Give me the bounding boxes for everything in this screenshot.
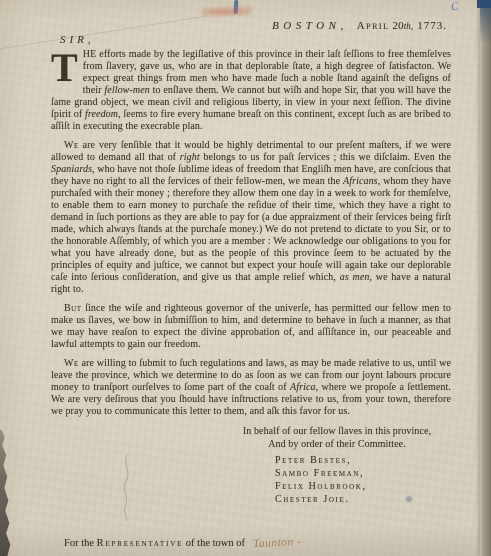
closing-line: And by order of their Committee. [223,438,451,451]
dateline: BOSTON,April20th,1773. [51,20,451,32]
scanned-letter-page: C BOSTON,April20th,1773. SIR, THE effort… [0,0,491,556]
pencil-c-mark: C [450,0,459,13]
closing-line: In behalf of our fellow ſlaves in this p… [223,425,451,438]
torn-edge-left [0,430,12,556]
dateline-day-suffix: th, [404,21,414,31]
handwritten-town-name: Taunton - [253,536,302,551]
closing-block: In behalf of our fellow ſlaves in this p… [223,425,451,451]
address-line: For the Representative of the town ofTau… [64,537,301,549]
blue-corner-mark [477,0,491,8]
signature: Chester Joie. [275,493,451,506]
address-line-post: of the town of [183,538,245,549]
dateline-month: April [357,20,390,32]
dateline-day: 20 [392,20,403,32]
signature-list: Peter Bestes, Sambo Freeman, Felix Holbr… [275,454,451,506]
salutation: SIR, [60,34,451,46]
address-line-pre: For the [64,538,97,549]
signature: Peter Bestes, [275,454,451,467]
paragraph-4: We are willing to ſubmit to ſuch regulat… [51,358,451,418]
signature: Sambo Freeman, [275,467,451,480]
paragraph-2: We are very ſenſible that it would be hi… [51,140,451,296]
underlying-sheet-edge [480,0,491,556]
signature: Felix Holbrook, [275,480,451,493]
letter-body: BOSTON,April20th,1773. SIR, THE efforts … [51,20,451,506]
drop-cap: T [51,49,83,87]
red-stain-mark [202,5,252,18]
dateline-year: 1773. [417,20,447,32]
paragraph-1: THE efforts made by the legiſlative of t… [51,49,451,133]
address-line-representative: Representative [97,538,183,549]
paragraph-3: But ſince the wiſe and righteous governo… [51,303,451,351]
dateline-place: BOSTON, [272,20,348,32]
